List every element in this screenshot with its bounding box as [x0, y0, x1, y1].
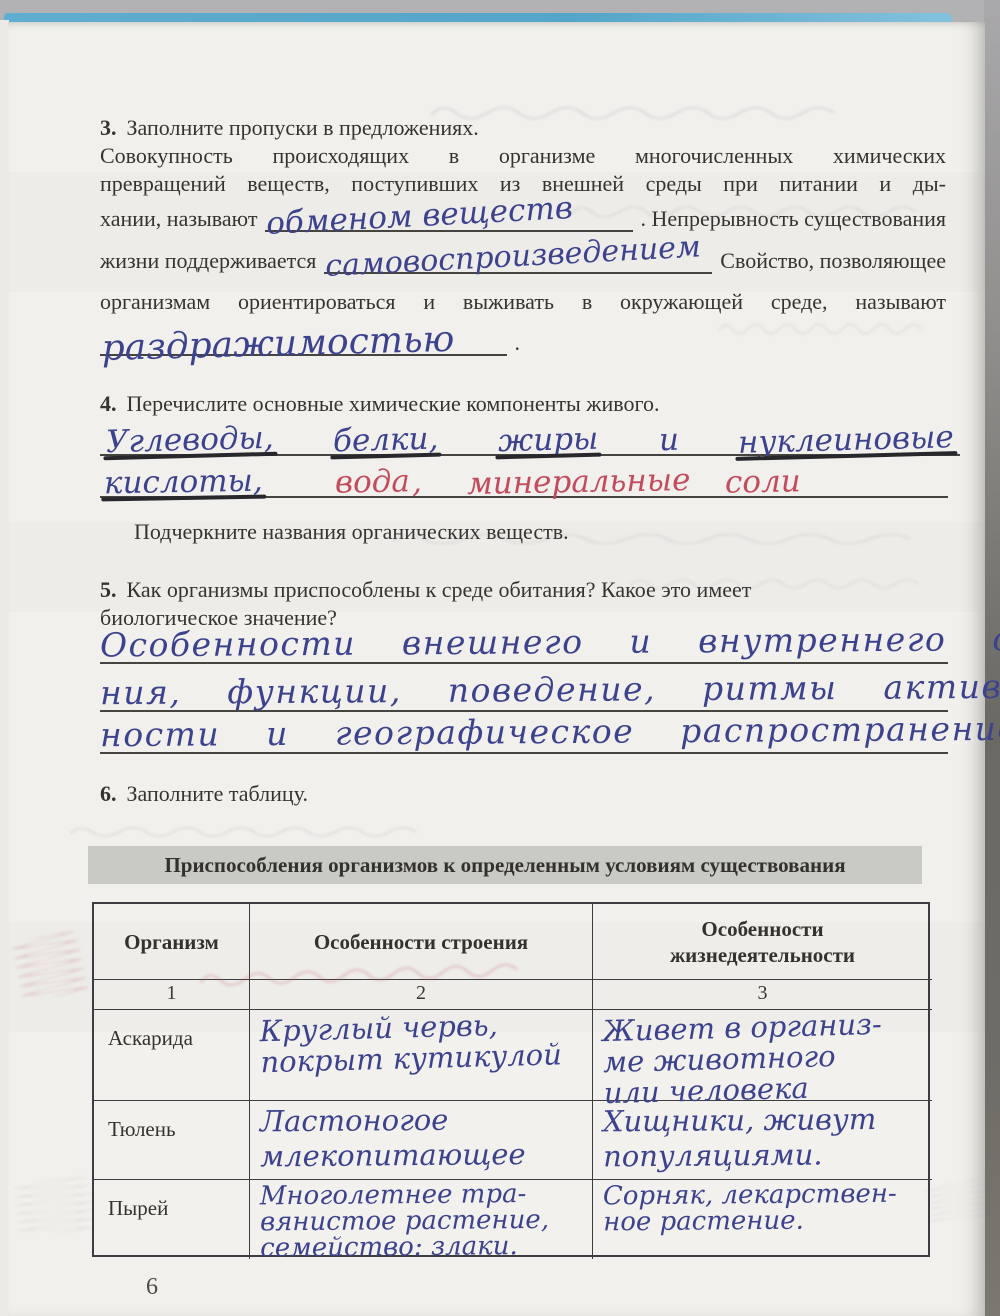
table-life-cell: Живет в организ- ме животного или челове… [593, 1010, 932, 1101]
q3-line4-prefix: жизни поддерживается [100, 247, 316, 274]
q4-answer-line-2: кислоты,вода,минеральныесоли [100, 454, 948, 498]
question-5-title: 5.Как организмы приспособлены к среде об… [100, 576, 751, 603]
q3-line4-suffix: Свойство, позволяющее [720, 247, 946, 274]
handwritten-life: Хищники, живут популяциями. [593, 1100, 933, 1175]
table-header-cell: Особенности строения [250, 904, 593, 980]
q3-answer-blank-1: обменом веществ [265, 206, 632, 232]
bleedthrough-mark [428, 100, 848, 126]
q3-line3-prefix: хании, называют [100, 205, 257, 232]
table-header-cell: Особенности жизнедеятельности [593, 904, 932, 980]
table-structure-cell: Круглый червь, покрыт кутикулой [250, 1010, 593, 1101]
adaptations-table: ОрганизмОсобенности строенияОсобенности … [92, 902, 930, 1257]
handwritten-word: кислоты, [104, 463, 263, 502]
q3-paragraph-line-5: организмам ориентироваться и выживать в … [100, 288, 946, 315]
handwritten-answer-irritability: раздражимостью [101, 326, 454, 362]
handwritten-structure: Ластоногое млекопитающее [250, 1100, 593, 1175]
pencil-mark [68, 822, 428, 842]
question-3-title: 3.Заполните пропуски в предложениях. [100, 114, 479, 141]
question-5-number: 5. [100, 577, 117, 602]
q4-answer-line-1: Углеводы,белки,жирыинуклеиновые [100, 412, 960, 456]
q3-line6-period: . [515, 329, 521, 356]
table-organism-cell: Тюлень [94, 1101, 250, 1180]
handwritten-word: соли [725, 463, 801, 500]
page-number: 6 [146, 1274, 158, 1301]
handwritten-structure: Многолетнее тра- вянистое растение, семе… [250, 1179, 593, 1262]
question-3-text: Заполните пропуски в предложениях. [127, 115, 479, 140]
handwritten-word: минеральные [467, 462, 691, 502]
q3-paragraph-line-6: раздражимостью . [100, 320, 520, 356]
question-6-title: 6.Заполните таблицу. [100, 780, 308, 807]
table-column-number: 3 [593, 980, 932, 1010]
q3-answer-blank-3: раздражимостью [100, 330, 507, 356]
q3-paragraph-line-4: жизни поддерживается самовоспроизведение… [100, 244, 946, 274]
q3-line3-suffix: . Непрерывность существования [641, 205, 946, 232]
table-structure-cell: Многолетнее тра- вянистое растение, семе… [250, 1180, 593, 1259]
table-column-number: 2 [250, 980, 593, 1010]
handwritten-life: Сорняк, лекарствен- ное растение. [593, 1179, 932, 1236]
handwritten-answer-metabolism: обменом веществ [266, 195, 574, 238]
q5-answer-line-3: ности и географическое распространение. [100, 706, 948, 754]
handwritten-life: Живет в организ- ме животного или челове… [592, 1006, 933, 1110]
handwritten-structure: Круглый червь, покрыт кутикулой [249, 1006, 593, 1079]
handwritten-line: ности и географическое распространение. [100, 709, 1000, 754]
table-structure-cell: Ластоногое млекопитающее [250, 1101, 593, 1180]
table-caption-band: Приспособления организмов к определенным… [88, 846, 922, 884]
table-column-number: 1 [94, 980, 250, 1010]
q3-paragraph-line-1: Совокупность происходящих в организме мн… [100, 142, 946, 169]
bleedthrough-mark [718, 318, 928, 340]
table-life-cell: Хищники, живут популяциями. [593, 1101, 932, 1180]
table-organism-cell: Пырей [94, 1180, 250, 1259]
q5-answer-line-2: ния, функции, поведение, ритмы актив- [100, 664, 948, 712]
table-header-cell: Организм [94, 904, 250, 980]
q3-answer-blank-2: самовоспроизведением [324, 248, 712, 274]
table-organism-cell: Аскарида [94, 1010, 250, 1101]
workbook-page: 3.Заполните пропуски в предложениях. Сов… [8, 22, 985, 1316]
question-3-number: 3. [100, 115, 117, 140]
question-6-number: 6. [100, 781, 117, 806]
handwritten-word: , [411, 464, 421, 500]
handwritten-answer-reproduction: самовоспроизведением [325, 233, 702, 280]
table-caption: Приспособления организмов к определенным… [164, 853, 845, 878]
handwritten-line: Особенности внешнего и внутреннего стро- [100, 619, 1000, 665]
q3-paragraph-line-3: хании, называют обменом веществ . Непрер… [100, 202, 946, 232]
table-life-cell: Сорняк, лекарствен- ное растение. [593, 1180, 932, 1259]
q4-instruction: Подчеркните названия органических вещест… [134, 518, 569, 545]
question-5-text-line-1: Как организмы приспособлены к среде обит… [127, 577, 752, 602]
q5-answer-line-1: Особенности внешнего и внутреннего стро- [100, 616, 948, 664]
question-6-text: Заполните таблицу. [127, 781, 309, 806]
handwritten-word: вода [334, 463, 409, 500]
handwritten-word: и [658, 422, 679, 459]
